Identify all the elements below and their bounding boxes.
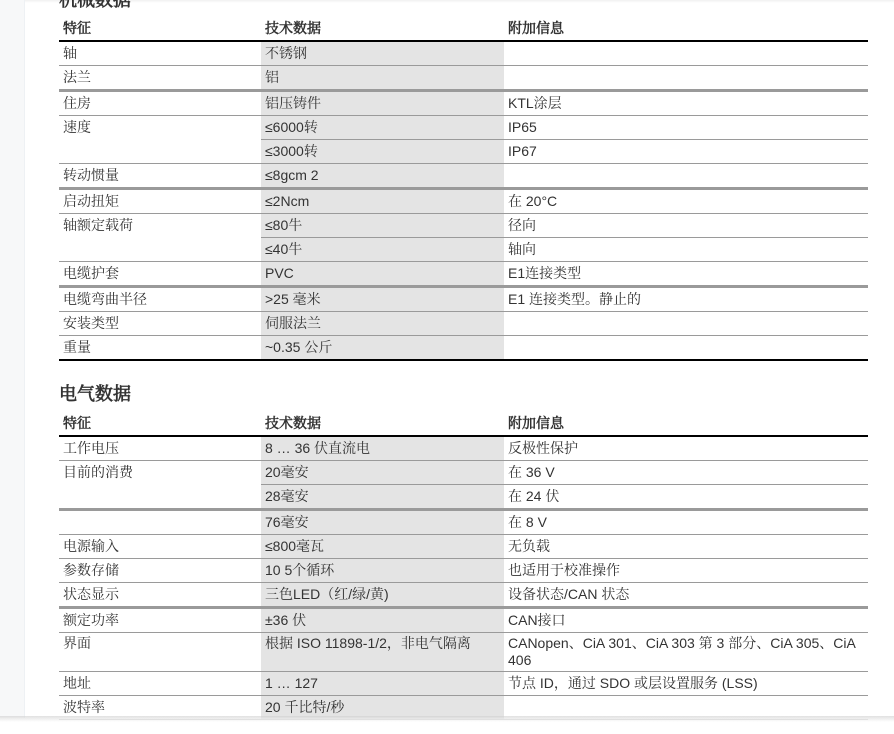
tech-cell: ≤80牛	[261, 214, 504, 238]
feature-cell	[59, 485, 261, 510]
info-cell: E1连接类型	[504, 262, 868, 287]
feature-cell: 电源输入	[59, 535, 261, 559]
tech-cell: 1 … 127	[261, 672, 504, 696]
feature-cell: 工作电压	[59, 436, 261, 461]
table-row: 法兰 铝	[59, 66, 868, 91]
info-cell: 也适用于校准操作	[504, 559, 868, 583]
header-feature: 特征	[59, 409, 261, 436]
table-row: 工作电压 8 … 36 伏直流电 反极性保护	[59, 436, 868, 461]
table-row: 电缆弯曲半径 >25 毫米 E1 连接类型。静止的	[59, 287, 868, 312]
info-cell: 在 24 伏	[504, 485, 868, 510]
tech-cell: PVC	[261, 262, 504, 287]
tech-cell: 铝压铸件	[261, 91, 504, 116]
table-row: 界面 根据 ISO 11898-1/2，非电气隔离 CANopen、CiA 30…	[59, 633, 868, 672]
mechanical-section-title: 机械数据	[59, 0, 868, 14]
bottom-edge-fade	[0, 716, 894, 734]
tech-cell: 不锈钢	[261, 41, 504, 66]
table-row: 住房 铝压铸件 KTL涂层	[59, 91, 868, 116]
table-row: 电源输入 ≤800毫瓦 无负载	[59, 535, 868, 559]
tech-cell: 伺服法兰	[261, 312, 504, 336]
spec-content: 机械数据 特征 技术数据 附加信息 轴 不锈钢 法兰 铝	[59, 0, 868, 720]
tech-cell: 20毫安	[261, 461, 504, 485]
tech-cell: ≤800毫瓦	[261, 535, 504, 559]
feature-cell: 法兰	[59, 66, 261, 91]
feature-cell: 启动扭矩	[59, 189, 261, 214]
tech-cell: ≤2Ncm	[261, 189, 504, 214]
table-row: 额定功率 ±36 伏 CAN接口	[59, 608, 868, 633]
tech-cell: 10 5个循环	[261, 559, 504, 583]
info-cell: 设备状态/CAN 状态	[504, 583, 868, 608]
feature-cell	[59, 238, 261, 262]
table-row: 76毫安 在 8 V	[59, 510, 868, 535]
tech-cell: 76毫安	[261, 510, 504, 535]
table-row: 电缆护套 PVC E1连接类型	[59, 262, 868, 287]
table-row: 参数存储 10 5个循环 也适用于校准操作	[59, 559, 868, 583]
tech-cell: 铝	[261, 66, 504, 91]
feature-cell: 速度	[59, 116, 261, 140]
tech-cell: ≤6000转	[261, 116, 504, 140]
tech-cell: 根据 ISO 11898-1/2，非电气隔离	[261, 633, 504, 672]
header-tech: 技术数据	[261, 14, 504, 41]
info-cell: 反极性保护	[504, 436, 868, 461]
table-row: ≤3000转 IP67	[59, 140, 868, 164]
feature-cell: 目前的消费	[59, 461, 261, 485]
info-cell: KTL涂层	[504, 91, 868, 116]
table-row: 轴 不锈钢	[59, 41, 868, 66]
tech-cell: ≤40牛	[261, 238, 504, 262]
tech-cell: 28毫安	[261, 485, 504, 510]
feature-cell: 额定功率	[59, 608, 261, 633]
info-cell: IP65	[504, 116, 868, 140]
table-row: 重量 ~0.35 公斤	[59, 336, 868, 361]
info-cell: 无负载	[504, 535, 868, 559]
header-info: 附加信息	[504, 14, 868, 41]
table-row: 状态显示 三色LED（红/绿/黄) 设备状态/CAN 状态	[59, 583, 868, 608]
table-header-row: 特征 技术数据 附加信息	[59, 409, 868, 436]
table-row: 速度 ≤6000转 IP65	[59, 116, 868, 140]
mechanical-data-table: 特征 技术数据 附加信息 轴 不锈钢 法兰 铝 住房 铝压铸	[59, 14, 868, 361]
info-cell: 轴向	[504, 238, 868, 262]
header-tech: 技术数据	[261, 409, 504, 436]
tech-cell: ±36 伏	[261, 608, 504, 633]
tech-cell: ≤8gcm 2	[261, 164, 504, 189]
feature-cell: 参数存储	[59, 559, 261, 583]
info-cell	[504, 66, 868, 91]
tech-cell: >25 毫米	[261, 287, 504, 312]
info-cell	[504, 41, 868, 66]
feature-cell: 转动惯量	[59, 164, 261, 189]
electrical-section-title: 电气数据	[59, 379, 868, 409]
feature-cell: 电缆弯曲半径	[59, 287, 261, 312]
feature-cell: 住房	[59, 91, 261, 116]
info-cell: E1 连接类型。静止的	[504, 287, 868, 312]
tech-cell: 三色LED（红/绿/黄)	[261, 583, 504, 608]
table-header-row: 特征 技术数据 附加信息	[59, 14, 868, 41]
table-row: 地址 1 … 127 节点 ID，通过 SDO 或层设置服务 (LSS)	[59, 672, 868, 696]
feature-cell: 电缆护套	[59, 262, 261, 287]
info-cell: 径向	[504, 214, 868, 238]
info-cell: 在 36 V	[504, 461, 868, 485]
info-cell: 节点 ID，通过 SDO 或层设置服务 (LSS)	[504, 672, 868, 696]
left-gutter	[0, 0, 25, 718]
info-cell: 在 8 V	[504, 510, 868, 535]
tech-cell: 8 … 36 伏直流电	[261, 436, 504, 461]
feature-cell: 地址	[59, 672, 261, 696]
info-cell	[504, 312, 868, 336]
header-info: 附加信息	[504, 409, 868, 436]
table-row: 28毫安 在 24 伏	[59, 485, 868, 510]
info-cell: CAN接口	[504, 608, 868, 633]
info-cell: CANopen、CiA 301、CiA 303 第 3 部分、CiA 305、C…	[504, 633, 868, 672]
info-cell: 在 20°C	[504, 189, 868, 214]
tech-cell: ≤3000转	[261, 140, 504, 164]
feature-cell: 轴额定载荷	[59, 214, 261, 238]
feature-cell: 安装类型	[59, 312, 261, 336]
table-row: ≤40牛 轴向	[59, 238, 868, 262]
electrical-data-table: 特征 技术数据 附加信息 工作电压 8 … 36 伏直流电 反极性保护 目前的消…	[59, 409, 868, 720]
feature-cell: 重量	[59, 336, 261, 361]
table-row: 安装类型 伺服法兰	[59, 312, 868, 336]
table-row: 转动惯量 ≤8gcm 2	[59, 164, 868, 189]
feature-cell: 界面	[59, 633, 261, 672]
feature-cell	[59, 510, 261, 535]
feature-cell	[59, 140, 261, 164]
table-row: 目前的消费 20毫安 在 36 V	[59, 461, 868, 485]
tech-cell: ~0.35 公斤	[261, 336, 504, 361]
info-cell	[504, 336, 868, 361]
table-row: 启动扭矩 ≤2Ncm 在 20°C	[59, 189, 868, 214]
header-feature: 特征	[59, 14, 261, 41]
feature-cell: 轴	[59, 41, 261, 66]
info-cell	[504, 164, 868, 189]
page-viewport: 机械数据 特征 技术数据 附加信息 轴 不锈钢 法兰 铝	[0, 0, 894, 734]
info-cell: IP67	[504, 140, 868, 164]
feature-cell: 状态显示	[59, 583, 261, 608]
table-row: 轴额定载荷 ≤80牛 径向	[59, 214, 868, 238]
